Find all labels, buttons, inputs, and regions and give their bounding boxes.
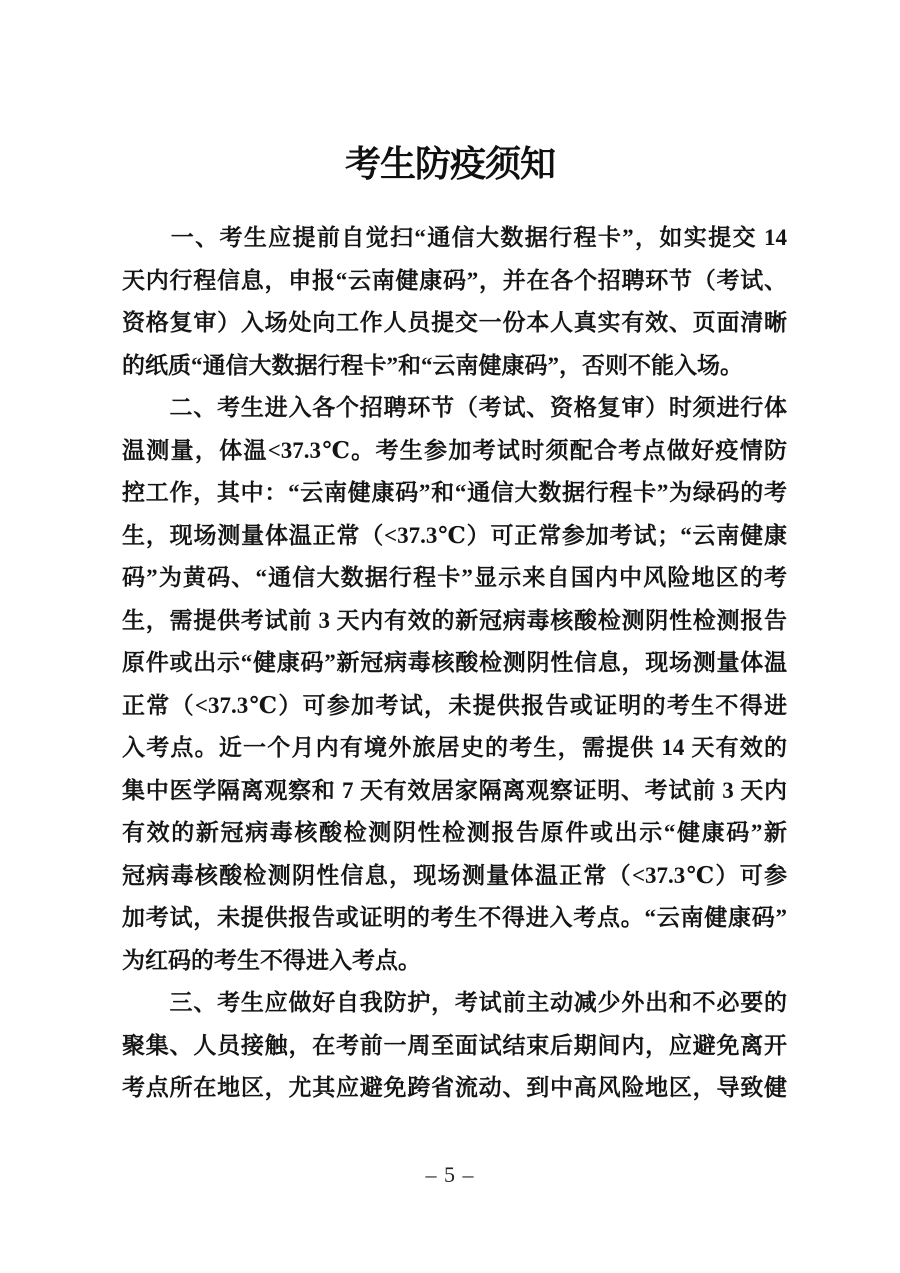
- paragraph: 一、考生应提前自觉扫“通信大数据行程卡”，如实提交 14天内行程信息，申报“云南…: [122, 217, 787, 387]
- text-line: 为红码的考生不得进入考点。: [122, 940, 787, 983]
- document-page: 考生防疫须知 一、考生应提前自觉扫“通信大数据行程卡”，如实提交 14天内行程信…: [0, 0, 900, 1273]
- text-line: 冠病毒核酸检测阴性信息，现场测量体温正常（<37.3℃）可参: [122, 855, 787, 898]
- text-line: 码”为黄码、“通信大数据行程卡”显示来自国内中风险地区的考: [122, 557, 787, 600]
- text-line: 有效的新冠病毒核酸检测阴性检测报告原件或出示“健康码”新: [122, 812, 787, 855]
- text-line: 生，现场测量体温正常（<37.3℃）可正常参加考试；“云南健康: [122, 515, 787, 558]
- text-line: 的纸质“通信大数据行程卡”和“云南健康码”，否则不能入场。: [122, 345, 787, 388]
- text-line: 聚集、人员接触，在考前一周至面试结束后期间内，应避免离开: [122, 1025, 787, 1068]
- text-line: 加考试，未提供报告或证明的考生不得进入考点。“云南健康码”: [122, 897, 787, 940]
- text-line: 三、考生应做好自我防护，考试前主动减少外出和不必要的: [122, 982, 787, 1025]
- text-line: 资格复审）入场处向工作人员提交一份本人真实有效、页面清晰: [122, 302, 787, 345]
- text-line: 二、考生进入各个招聘环节（考试、资格复审）时须进行体: [122, 387, 787, 430]
- text-line: 一、考生应提前自觉扫“通信大数据行程卡”，如实提交 14: [122, 217, 787, 260]
- text-line: 集中医学隔离观察和 7 天有效居家隔离观察证明、考试前 3 天内: [122, 770, 787, 813]
- document-body: 一、考生应提前自觉扫“通信大数据行程卡”，如实提交 14天内行程信息，申报“云南…: [122, 217, 787, 1110]
- page-title: 考生防疫须知: [0, 140, 900, 188]
- text-line: 原件或出示“健康码”新冠病毒核酸检测阴性信息，现场测量体温: [122, 642, 787, 685]
- text-line: 控工作，其中：“云南健康码”和“通信大数据行程卡”为绿码的考: [122, 472, 787, 515]
- paragraph: 三、考生应做好自我防护，考试前主动减少外出和不必要的聚集、人员接触，在考前一周至…: [122, 982, 787, 1110]
- text-line: 考点所在地区，尤其应避免跨省流动、到中高风险地区，导致健: [122, 1067, 787, 1110]
- text-line: 温测量，体温<37.3℃。考生参加考试时须配合考点做好疫情防: [122, 430, 787, 473]
- page-number: – 5 –: [0, 1160, 900, 1190]
- text-line: 天内行程信息，申报“云南健康码”，并在各个招聘环节（考试、: [122, 260, 787, 303]
- text-line: 正常（<37.3℃）可参加考试，未提供报告或证明的考生不得进: [122, 685, 787, 728]
- text-line: 生，需提供考试前 3 天内有效的新冠病毒核酸检测阴性检测报告: [122, 600, 787, 643]
- text-line: 入考点。近一个月内有境外旅居史的考生，需提供 14 天有效的: [122, 727, 787, 770]
- paragraph: 二、考生进入各个招聘环节（考试、资格复审）时须进行体温测量，体温<37.3℃。考…: [122, 387, 787, 982]
